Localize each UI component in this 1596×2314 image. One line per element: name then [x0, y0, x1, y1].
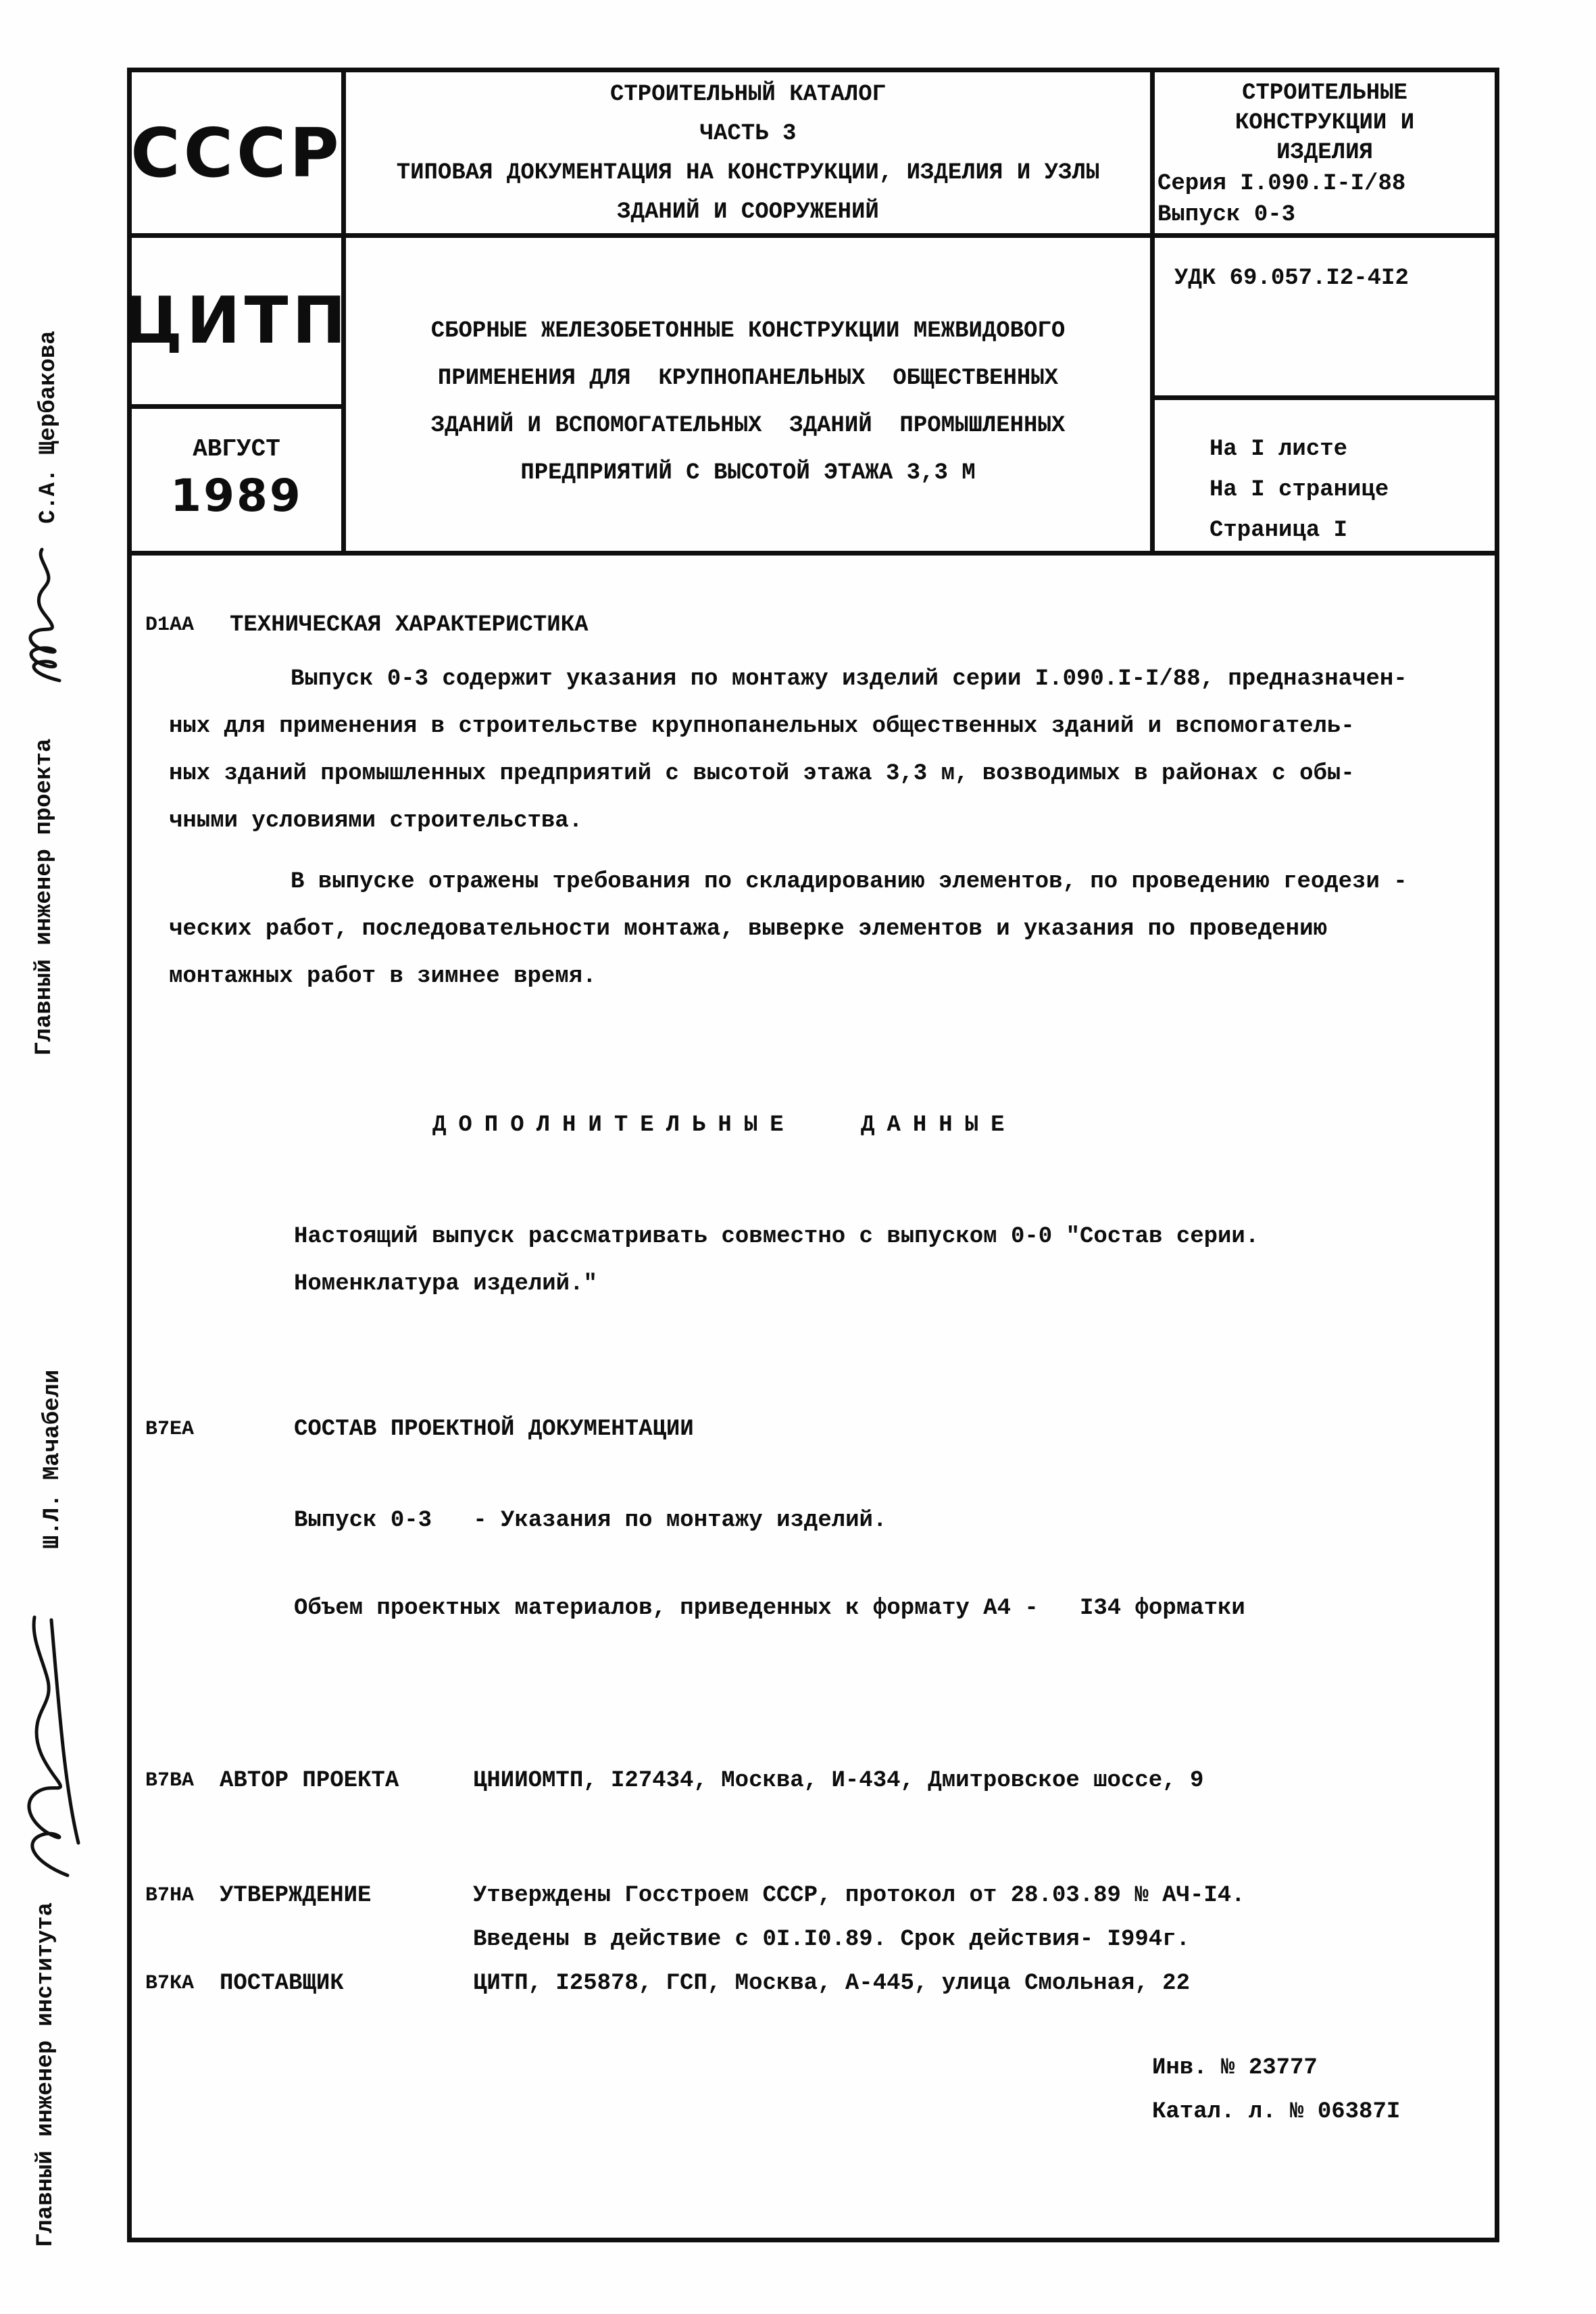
publisher-name: ЦИТП	[123, 284, 350, 358]
classification-line2: КОНСТРУКЦИИ И	[1155, 109, 1495, 137]
series-number: Серия I.090.I-I/88	[1157, 170, 1405, 197]
frame-right-border	[1495, 68, 1499, 2242]
doc-title-line3: ЗДАНИЙ И ВСПОМОГАТЕЛЬНЫХ ЗДАНИЙ ПРОМЫШЛЕ…	[346, 412, 1150, 439]
section-code-author: В7ВА	[145, 1769, 194, 1792]
catalog-title-line1: СТРОИТЕЛЬНЫЙ КАТАЛОГ	[346, 81, 1150, 108]
page-count-line: На I странице	[1210, 476, 1389, 503]
composition-volume-line: Объем проектных материалов, приведенных …	[294, 1595, 1245, 1622]
udk-number: УДК 69.057.I2-4I2	[1174, 265, 1409, 292]
section-code-composition: В7ЕА	[145, 1418, 194, 1441]
header-row1-rule	[127, 233, 1499, 238]
inventory-number: Инв. № 23777	[1152, 2054, 1318, 2082]
section-code-supplier: В7КА	[145, 1972, 194, 1995]
publisher-cell: ЦИТП	[132, 238, 341, 404]
approval-line1: Утверждены Госстроем СССР, протокол от 2…	[473, 1882, 1245, 1909]
additional-note-line1: Настоящий выпуск рассматривать совместно…	[294, 1223, 1259, 1250]
catalog-title-line4: ЗДАНИЙ И СООРУЖЕНИЙ	[346, 199, 1150, 226]
supplier-label: ПОСТАВЩИК	[220, 1970, 344, 1997]
author-label: АВТОР ПРОЕКТА	[220, 1767, 399, 1794]
catalog-title-line3: ТИПОВАЯ ДОКУМЕНТАЦИЯ НА КОНСТРУКЦИИ, ИЗД…	[346, 159, 1150, 187]
tech-para2-line3: монтажных работ в зимнее время.	[169, 963, 597, 990]
issue-month: АВГУСТ	[132, 436, 341, 463]
approval-line2: Введены в действие с 0I.I0.89. Срок дейс…	[473, 1926, 1190, 1953]
supplier-value: ЦИТП, I25878, ГСП, Москва, А-445, улица …	[473, 1970, 1190, 1997]
composition-issue-line: Выпуск 0-3 - Указания по монтажу изделий…	[294, 1507, 887, 1534]
catalog-title-line2: ЧАСТЬ 3	[346, 120, 1150, 147]
approval-label: УТВЕРЖДЕНИЕ	[220, 1882, 371, 1909]
page-number-line: Страница I	[1210, 517, 1347, 544]
section-code-tech: D1AA	[145, 614, 194, 637]
sheet-count-line: На I листе	[1210, 436, 1347, 463]
bottom-signature	[12, 1612, 90, 1882]
margin-bottom-signatory-role: Главный инженер института	[32, 1902, 59, 2247]
header-bottom-rule	[127, 551, 1499, 556]
tech-para1-line2: ных для применения в строительстве крупн…	[169, 713, 1355, 740]
margin-top-signatory-role: Главный инженер проекта	[31, 739, 58, 1056]
top-signature	[18, 544, 75, 686]
issue-number: Выпуск 0-3	[1157, 201, 1295, 228]
tech-para2-line2: ческих работ, последовательности монтажа…	[169, 916, 1327, 943]
org-cell: СССР	[132, 72, 341, 233]
doc-title-line2: ПРИМЕНЕНИЯ ДЛЯ КРУПНОПАНЕЛЬНЫХ ОБЩЕСТВЕН…	[346, 365, 1150, 392]
header-left-row2-rule	[127, 404, 341, 409]
org-name: СССР	[130, 114, 342, 193]
section-title-tech: ТЕХНИЧЕСКАЯ ХАРАКТЕРИСТИКА	[230, 612, 589, 639]
additional-data-title: ДОПОЛНИТЕЛЬНЫЕ ДАННЫЕ	[432, 1112, 1016, 1139]
author-value: ЦНИИОМТП, I27434, Москва, И-434, Дмитров…	[473, 1767, 1203, 1794]
header-right-row2-rule	[1150, 395, 1499, 400]
frame-bottom-border	[127, 2238, 1499, 2242]
frame-left-border	[127, 68, 132, 2242]
doc-title-line1: СБОРНЫЕ ЖЕЛЕЗОБЕТОННЫЕ КОНСТРУКЦИИ МЕЖВИ…	[346, 318, 1150, 345]
document-page: СССР ЦИТП АВГУСТ 1989 СТРОИТЕЛЬНЫЙ КАТАЛ…	[0, 0, 1596, 2314]
header-col2-rule	[1150, 68, 1155, 556]
tech-para2-line1: В выпуске отражены требования по складир…	[291, 868, 1407, 895]
tech-para1-line3: ных зданий промышленных предприятий с вы…	[169, 760, 1355, 787]
doc-title-line4: ПРЕДПРИЯТИЙ С ВЫСОТОЙ ЭТАЖА 3,3 М	[346, 460, 1150, 487]
classification-line1: СТРОИТЕЛЬНЫЕ	[1155, 80, 1495, 107]
section-title-composition: СОСТАВ ПРОЕКТНОЙ ДОКУМЕНТАЦИИ	[294, 1416, 694, 1443]
additional-note-line2: Номенклатура изделий."	[294, 1271, 597, 1298]
tech-para1-line1: Выпуск 0-3 содержит указания по монтажу …	[291, 666, 1407, 693]
section-code-approval: В7НА	[145, 1884, 194, 1907]
frame-top-border	[127, 68, 1499, 72]
margin-bottom-signatory-name: Ш.Л. Мачабели	[39, 1370, 66, 1549]
classification-line3: ИЗДЕЛИЯ	[1155, 139, 1495, 166]
catalog-sheet-number: Катал. л. № 06387I	[1152, 2098, 1400, 2125]
tech-para1-line4: чными условиями строительства.	[169, 808, 582, 835]
issue-year: 1989	[132, 470, 341, 522]
margin-top-signatory-name: С.А. Щербакова	[35, 330, 62, 524]
